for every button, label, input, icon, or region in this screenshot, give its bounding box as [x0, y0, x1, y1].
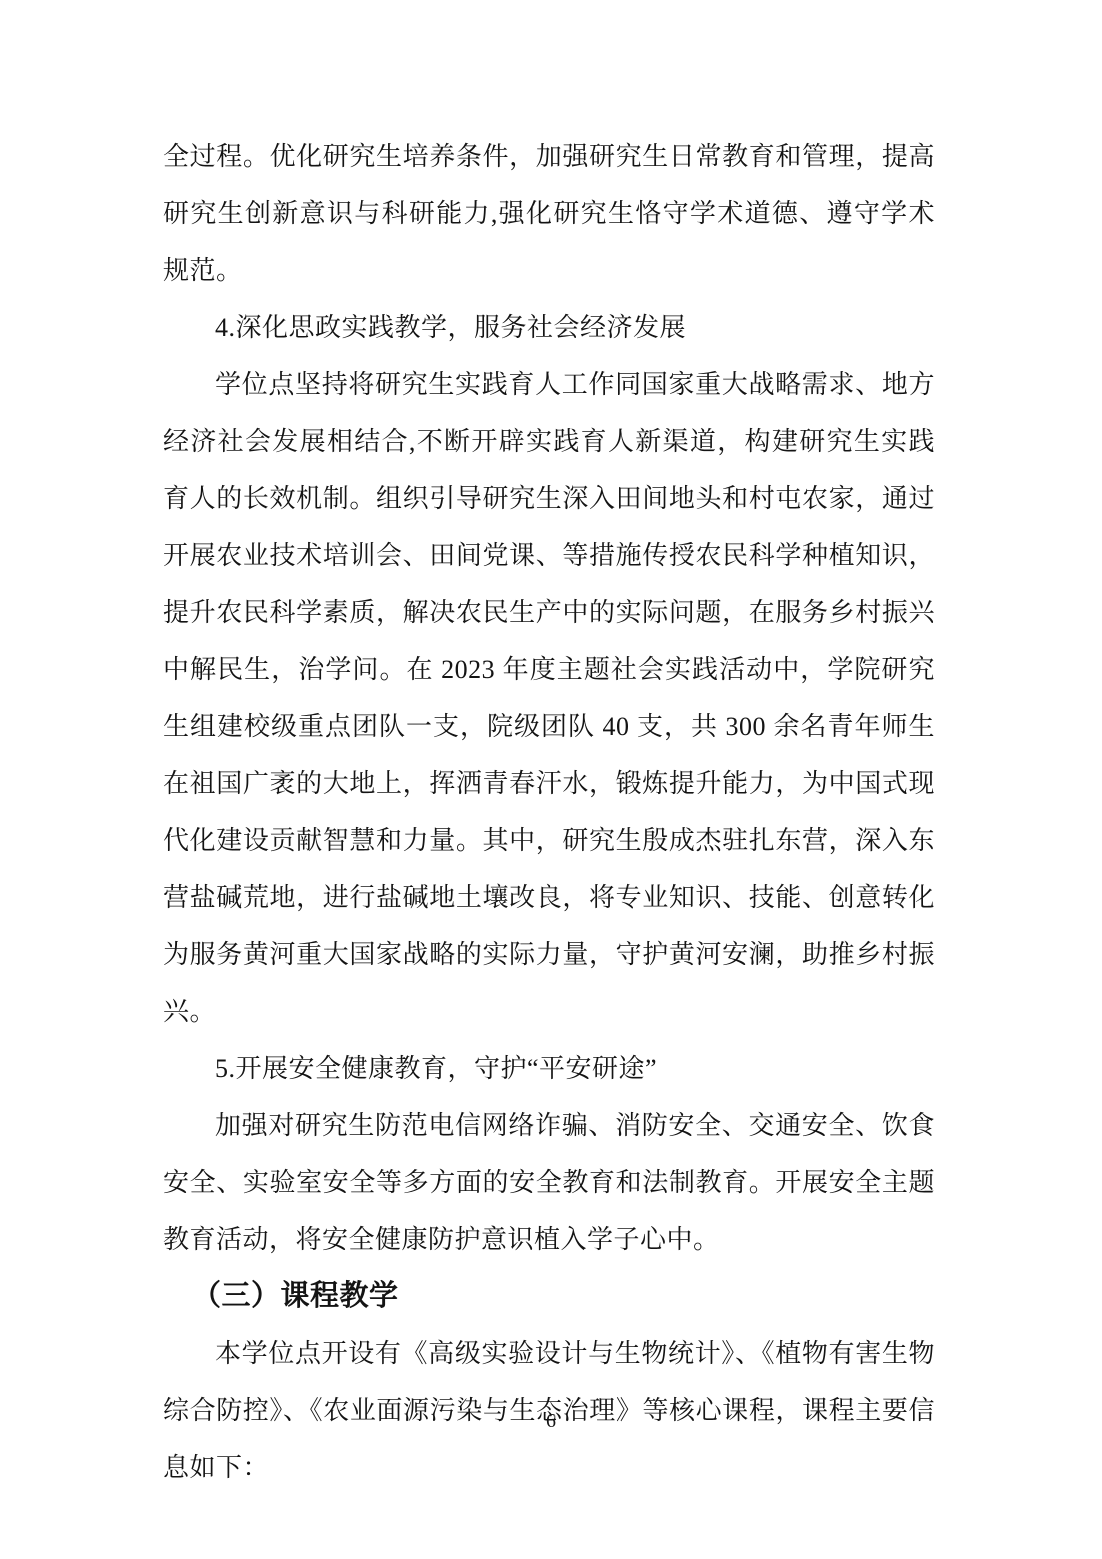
- section-heading-course-teaching: （三）课程教学: [163, 1268, 935, 1325]
- paragraph-practice-education: 学位点坚持将研究生实践育人工作同国家重大战略需求、地方经济社会发展相结合,不断开…: [163, 356, 935, 1040]
- paragraph-continuation: 全过程。优化研究生培养条件，加强研究生日常教育和管理，提高研究生创新意识与科研能…: [163, 128, 935, 299]
- paragraph-safety-education: 加强对研究生防范电信网络诈骗、消防安全、交通安全、饮食安全、实验室安全等多方面的…: [163, 1097, 935, 1268]
- document-page: 全过程。优化研究生培养条件，加强研究生日常教育和管理，提高研究生创新意识与科研能…: [0, 0, 1102, 1559]
- page-number: 6: [0, 1410, 1102, 1433]
- numbered-subheading-5: 5.开展安全健康教育，守护“平安研途”: [163, 1040, 935, 1097]
- document-body: 全过程。优化研究生培养条件，加强研究生日常教育和管理，提高研究生创新意识与科研能…: [163, 128, 935, 1496]
- numbered-subheading-4: 4.深化思政实践教学，服务社会经济发展: [163, 299, 935, 356]
